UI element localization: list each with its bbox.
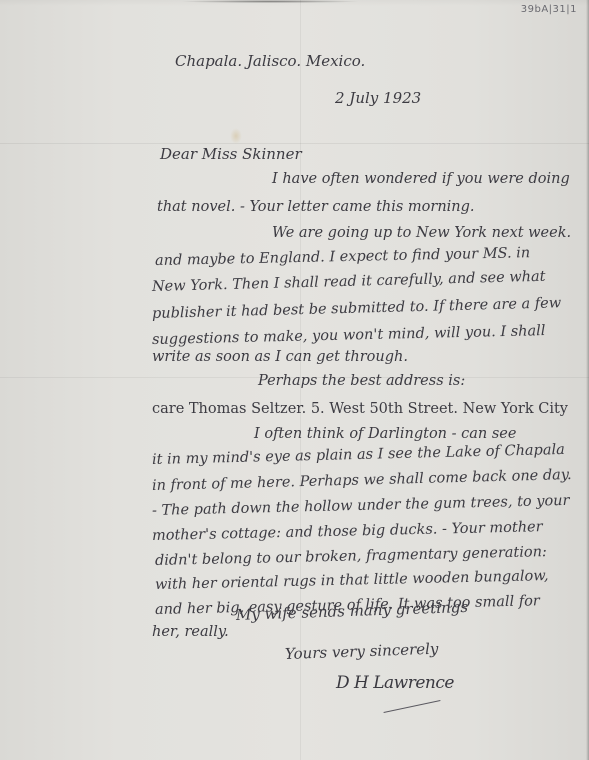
signature-underline xyxy=(384,700,441,713)
letter-page: 39bA|31|1 Chapala. Jalisco. Mexico. 2 Ju… xyxy=(0,0,589,760)
letter-address: Chapala. Jalisco. Mexico. xyxy=(175,52,365,70)
body-line: with her oriental rugs in that little wo… xyxy=(155,567,549,594)
body-line: and maybe to England. I expect to find y… xyxy=(155,244,531,270)
body-line: We are going up to New York next week. xyxy=(272,224,571,242)
body-line: publisher it had best be submitted to. I… xyxy=(152,294,562,323)
body-line: it in my mind's eye as plain as I see th… xyxy=(152,441,565,469)
letter-salutation: Dear Miss Skinner xyxy=(160,145,302,163)
body-line: in front of me here. Perhaps we shall co… xyxy=(152,466,572,495)
body-line: write as soon as I can get through. xyxy=(152,348,408,366)
letter-closing: Yours very sincerely xyxy=(285,640,439,663)
body-line: - The path down the hollow under the gum… xyxy=(152,492,570,520)
body-line: that novel. - Your letter came this morn… xyxy=(157,198,475,216)
body-line: her, really. xyxy=(152,623,229,641)
body-line: Perhaps the best address is: xyxy=(258,372,465,390)
body-line: care Thomas Seltzer. 5. West 50th Street… xyxy=(152,400,568,418)
body-line: mother's cottage: and those big ducks. -… xyxy=(152,518,543,545)
body-line: New York. Then I shall read it carefully… xyxy=(152,268,546,296)
paper-fold-horizontal xyxy=(0,143,589,144)
letter-signature: D H Lawrence xyxy=(336,673,454,693)
letter-date: 2 July 1923 xyxy=(335,89,421,107)
body-line: didn't belong to our broken, fragmentary… xyxy=(155,543,547,570)
body-line: suggestions to make, you won't mind, wil… xyxy=(152,322,546,349)
body-line: I often think of Darlington - can see xyxy=(254,425,516,443)
paper-top-shadow xyxy=(180,0,360,3)
body-line: I have often wondered if you were doing xyxy=(272,170,570,188)
archive-reference: 39bA|31|1 xyxy=(521,4,577,15)
paper-stain xyxy=(230,128,242,144)
